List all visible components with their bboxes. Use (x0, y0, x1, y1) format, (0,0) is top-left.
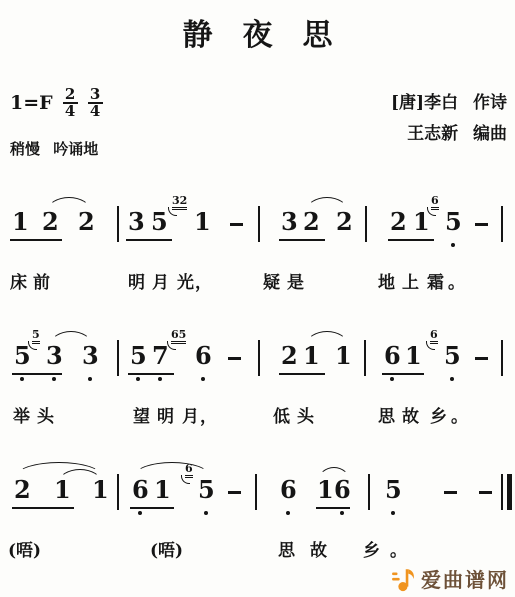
note: 56 (445, 210, 461, 234)
note: 665 (195, 344, 211, 368)
octave-dot (286, 511, 290, 515)
time-signature-denominator: 4 (90, 105, 100, 118)
lyric-word: 头 (37, 402, 54, 427)
beam-underline (128, 373, 174, 375)
grace-note: 6 (430, 329, 438, 344)
header: 1=F 2 4 3 4 稍慢 吟诵地 [唐]李白 作诗 王志新 编曲 (10, 88, 507, 168)
lyrics-row-2: 举头望明月，低头思故乡。 (0, 392, 515, 436)
duration-dash (230, 223, 243, 226)
duration-dash (479, 491, 492, 494)
barline (364, 340, 366, 376)
lyric-word: ， (200, 402, 217, 427)
note: 6 (384, 344, 400, 368)
beam-underline (279, 373, 325, 375)
grace-hook (426, 341, 435, 350)
lyric-word: 地 (378, 268, 395, 293)
grace-note: 6 (431, 195, 439, 210)
note: 2 (78, 210, 94, 234)
time-signature-denominator: 4 (65, 105, 75, 118)
score-sheet: 122351323222156床前明月光，疑是地上霜。5353576652116… (0, 194, 515, 570)
octave-dot (204, 511, 208, 515)
lyric-word: 明 (128, 268, 145, 293)
barline (117, 340, 119, 376)
grace-note: 5 (32, 329, 40, 344)
beam-underline (130, 507, 174, 509)
time-signature-3-4: 3 4 (88, 88, 103, 118)
lyric-word: 思 (278, 536, 295, 561)
grace-note: 65 (171, 329, 186, 344)
octave-dot (450, 377, 454, 381)
beam-underline (126, 239, 172, 241)
music-note-icon (391, 566, 417, 592)
final-barline-thick (507, 474, 512, 510)
barline (117, 474, 119, 510)
beam-underline (316, 507, 350, 509)
beam-underline (12, 373, 62, 375)
note: 5 (385, 478, 401, 502)
barline (258, 206, 260, 242)
lyric-word: 光 (177, 268, 194, 293)
lyric-word: 头 (297, 402, 314, 427)
lyric-word: 疑 (263, 268, 280, 293)
lyric-word: 望 (133, 402, 150, 427)
lyric-word: 明 (157, 402, 174, 427)
grace-note: 6 (185, 463, 193, 478)
note: 2 (390, 210, 406, 234)
note: 1 (12, 210, 28, 234)
note: 1 (335, 344, 351, 368)
lyric-word: 思 (378, 402, 395, 427)
note: 6 (280, 478, 296, 502)
lyric-word: 床 (10, 268, 27, 293)
octave-dot (390, 377, 394, 381)
lyric-word: 举 (13, 402, 30, 427)
lyric-word: 故 (310, 536, 327, 561)
note: 5 (130, 344, 146, 368)
note: 1 (413, 210, 429, 234)
lyric-word: 。 (451, 402, 468, 427)
lyric-word: 。 (448, 268, 465, 293)
music-line-2: 5353576652116156 (0, 328, 515, 392)
lyric-word: 上 (402, 268, 419, 293)
note: 3 (281, 210, 297, 234)
duration-dash (228, 491, 241, 494)
barline (501, 340, 503, 376)
octave-dot (451, 243, 455, 247)
barline (368, 474, 370, 510)
note: 3 (128, 210, 144, 234)
octave-dot (201, 377, 205, 381)
duration-dash (475, 223, 488, 226)
lyric-word: 月 (152, 268, 169, 293)
lyric-word: 乡 (430, 402, 447, 427)
lyric-word: 故 (402, 402, 419, 427)
barline (501, 206, 503, 242)
note: 35 (46, 344, 62, 368)
key-signature-row: 1=F 2 4 3 4 (10, 88, 103, 118)
note: 7 (152, 344, 168, 368)
poet-credit: [唐]李白 作诗 (391, 88, 507, 119)
lyric-word: (唔) (8, 536, 41, 561)
key-signature: 1=F (10, 92, 53, 114)
composer-credit: 王志新 编曲 (391, 119, 507, 150)
note: 2 (303, 210, 319, 234)
lyric-word: 是 (287, 268, 304, 293)
note: 56 (444, 344, 460, 368)
octave-dot (340, 511, 344, 515)
barline (255, 474, 257, 510)
note: 3 (82, 344, 98, 368)
octave-dot (158, 377, 162, 381)
duration-dash (228, 357, 241, 360)
note: 1 (92, 478, 108, 502)
note: 1 (317, 478, 333, 502)
time-signature-numerator: 2 (65, 88, 75, 101)
note: 2 (42, 210, 58, 234)
note: 1 (405, 344, 421, 368)
beam-underline (279, 239, 325, 241)
lyric-word: ， (195, 268, 212, 293)
time-signature-numerator: 3 (90, 88, 100, 101)
barline (117, 206, 119, 242)
slur-arc (134, 462, 210, 476)
octave-dot (52, 377, 56, 381)
slur-arc (318, 467, 350, 481)
tempo-marking: 稍慢 吟诵地 (10, 138, 103, 159)
lyric-word: 乡 (363, 536, 380, 561)
credits: [唐]李白 作诗 王志新 编曲 (391, 88, 507, 168)
music-line-1: 122351323222156 (0, 194, 515, 258)
octave-dot (138, 511, 142, 515)
note: 2 (336, 210, 352, 234)
note: 132 (194, 210, 210, 234)
lyrics-row-1: 床前明月光，疑是地上霜。 (0, 258, 515, 302)
lyric-word: 月 (182, 402, 199, 427)
note: 2 (281, 344, 297, 368)
duration-dash (444, 491, 457, 494)
octave-dot (391, 511, 395, 515)
beam-underline (10, 239, 62, 241)
grace-hook (168, 207, 177, 216)
key-and-tempo: 1=F 2 4 3 4 稍慢 吟诵地 (10, 88, 103, 168)
song-title: 静夜思 (0, 0, 515, 54)
note: 1 (303, 344, 319, 368)
site-logo-text[interactable]: 爱曲谱网 (421, 564, 509, 593)
grace-hook (181, 475, 190, 484)
beam-underline (388, 239, 434, 241)
duration-dash (475, 357, 488, 360)
time-signature-2-4: 2 4 (63, 88, 78, 118)
octave-dot (20, 377, 24, 381)
note: 1 (154, 478, 170, 502)
lyric-word: 低 (273, 402, 290, 427)
note: 5 (151, 210, 167, 234)
note: 5 (14, 344, 30, 368)
grace-note: 32 (172, 195, 187, 210)
site-logo[interactable]: 爱曲谱网 (391, 564, 509, 593)
barline (258, 340, 260, 376)
music-line-3: 21161566165 (0, 462, 515, 526)
lyric-word: 。 (390, 536, 407, 561)
note: 6 (132, 478, 148, 502)
beam-underline (382, 373, 424, 375)
note: 6 (334, 478, 350, 502)
beam-underline (12, 507, 74, 509)
lyric-word: (唔) (150, 536, 183, 561)
note: 2 (14, 478, 30, 502)
lyric-word: 前 (33, 268, 50, 293)
final-barline (501, 474, 503, 510)
octave-dot (88, 377, 92, 381)
barline (365, 206, 367, 242)
lyric-word: 霜 (427, 268, 444, 293)
note: 56 (198, 478, 214, 502)
octave-dot (136, 377, 140, 381)
